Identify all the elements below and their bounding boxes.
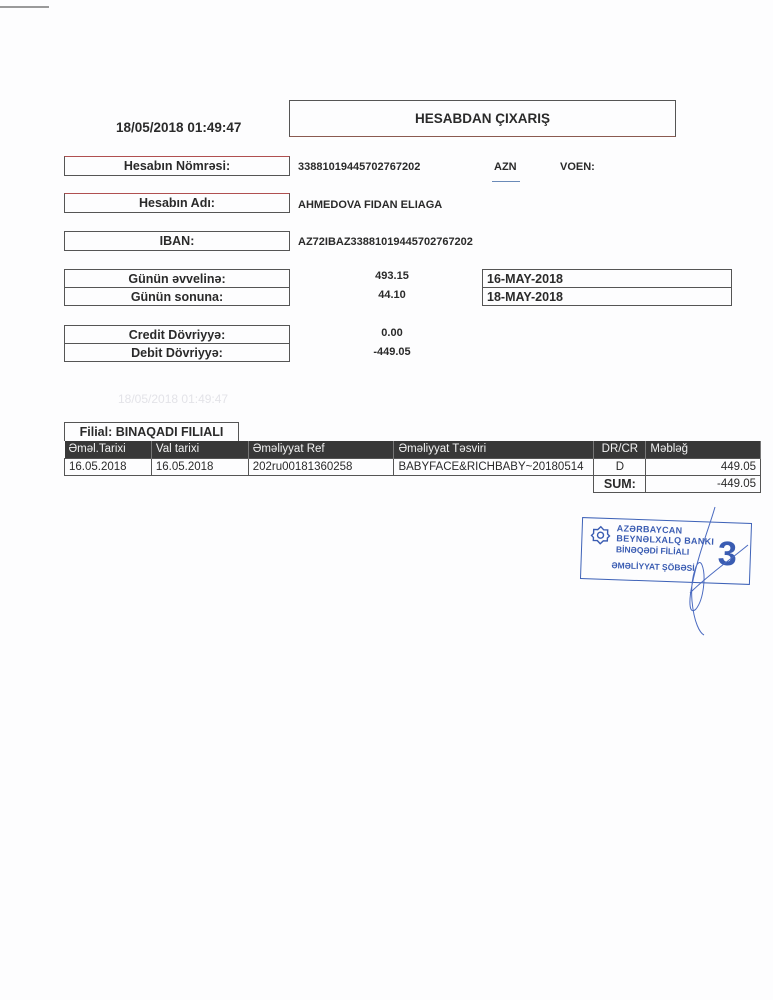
branch-label: Filial: BINAQADI FILIALI [64, 422, 239, 441]
cell-drcr: D [594, 458, 646, 475]
cell-ref: 202ru00181360258 [248, 458, 394, 475]
col-amount: Məbləğ [646, 441, 761, 458]
debit-turnover-label: Debit Dövriyyə: [64, 343, 290, 362]
sum-value: -449.05 [646, 475, 761, 492]
account-name-label: Hesabın Adı: [64, 193, 290, 213]
opening-balance-value: 493.15 [352, 270, 432, 282]
col-description: Əməliyyat Təsviri [394, 441, 594, 458]
account-number-value: 33881019445702767202 [298, 161, 420, 173]
empty-cell [65, 475, 152, 492]
period-from-date: 16-MAY-2018 [482, 269, 732, 288]
col-drcr: DR/CR [594, 441, 646, 458]
debit-turnover-value: -449.05 [352, 346, 432, 358]
table-header-row: Əməl.Tarixi Val tarixi Əməliyyat Ref Əmə… [65, 441, 761, 458]
empty-cell [151, 475, 248, 492]
scan-edge-mark [0, 6, 49, 8]
sum-row: SUM: -449.05 [65, 475, 761, 492]
currency-value: AZN [494, 161, 517, 173]
cell-amount: 449.05 [646, 458, 761, 475]
account-number-label: Hesabın Nömrəsi: [64, 156, 290, 176]
iban-label: IBAN: [64, 231, 290, 251]
credit-turnover-label: Credit Dövriyyə: [64, 325, 290, 344]
cell-op-date: 16.05.2018 [65, 458, 152, 475]
period-to-date: 18-MAY-2018 [482, 287, 732, 306]
bleed-through-text: 18/05/2018 01:49:47 [118, 392, 228, 406]
printed-datetime: 18/05/2018 01:49:47 [116, 120, 241, 135]
signature-icon [670, 505, 750, 640]
voen-label: VOEN: [560, 161, 595, 173]
bank-logo-icon [590, 524, 611, 548]
opening-balance-label: Günün əvvelinə: [64, 269, 290, 288]
col-val-date: Val tarixi [151, 441, 248, 458]
empty-cell [394, 475, 594, 492]
col-op-date: Əməl.Tarixi [65, 441, 152, 458]
transactions-table: Əməl.Tarixi Val tarixi Əməliyyat Ref Əmə… [64, 441, 761, 493]
table-row: 16.05.2018 16.05.2018 202ru00181360258 B… [65, 458, 761, 475]
empty-cell [248, 475, 394, 492]
closing-balance-label: Günün sonuna: [64, 287, 290, 306]
iban-value: AZ72IBAZ33881019445702767202 [298, 236, 473, 248]
sum-label: SUM: [594, 475, 646, 492]
cell-description: BABYFACE&RICHBABY~20180514 [394, 458, 594, 475]
credit-turnover-value: 0.00 [352, 327, 432, 339]
cell-val-date: 16.05.2018 [151, 458, 248, 475]
closing-balance-value: 44.10 [352, 289, 432, 301]
col-ref: Əməliyyat Ref [248, 441, 394, 458]
account-name-value: AHMEDOVA FIDAN ELIAGA [298, 199, 442, 211]
pen-mark [492, 181, 520, 182]
document-title: HESABDAN ÇIXARIŞ [289, 100, 676, 137]
